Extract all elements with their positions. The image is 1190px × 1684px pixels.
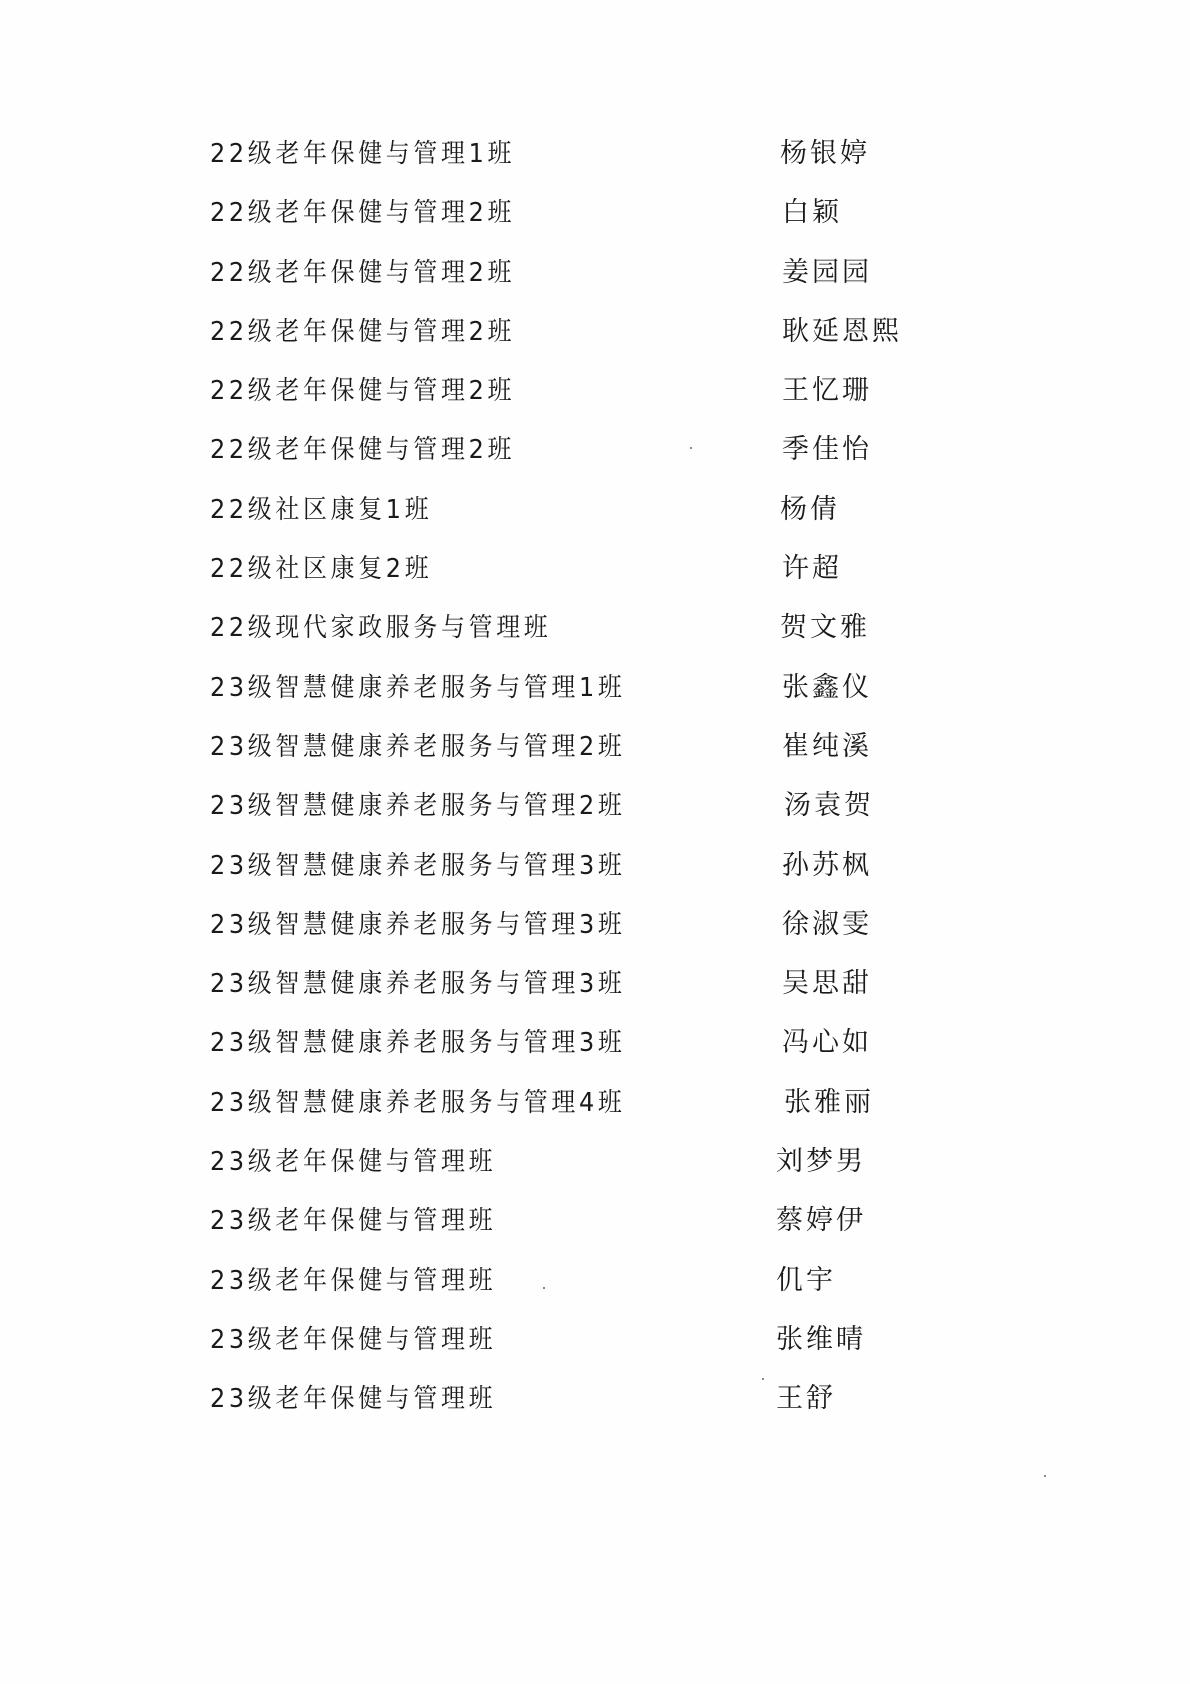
scan-speck	[690, 447, 692, 449]
list-item: 22级老年保健与管理2班姜园园	[0, 246, 1190, 305]
student-name: 杨银婷	[780, 131, 870, 170]
scan-speck	[543, 1287, 545, 1289]
class-name: 22级老年保健与管理2班	[210, 429, 515, 466]
student-name: 徐淑雯	[782, 902, 872, 941]
class-name: 22级社区康复2班	[210, 548, 432, 585]
scan-speck	[1044, 1475, 1046, 1477]
class-name: 23级老年保健与管理班	[210, 1141, 496, 1178]
list-item: 23级智慧健康养老服务与管理1班张鑫仪	[0, 661, 1190, 720]
student-name: 白颖	[782, 190, 842, 229]
student-name: 姜园园	[782, 250, 872, 289]
list-item: 23级老年保健与管理班蔡婷伊	[0, 1194, 1190, 1253]
class-name: 23级智慧健康养老服务与管理2班	[210, 785, 626, 822]
student-name: 王舒	[776, 1376, 836, 1415]
student-name: 王忆珊	[782, 368, 872, 407]
student-name: 季佳怡	[782, 427, 872, 466]
scanned-page: 22级老年保健与管理1班杨银婷 22级老年保健与管理2班白颖 22级老年保健与管…	[0, 0, 1190, 1684]
list-item: 22级老年保健与管理2班白颖	[0, 186, 1190, 245]
list-item: 23级智慧健康养老服务与管理3班孙苏枫	[0, 839, 1190, 898]
list-item: 22级老年保健与管理2班王忆珊	[0, 364, 1190, 423]
class-name: 22级老年保健与管理2班	[210, 252, 515, 289]
student-name: 张雅丽	[784, 1080, 874, 1119]
student-name: 蔡婷伊	[776, 1198, 866, 1237]
student-name: 贺文雅	[780, 605, 870, 644]
class-name: 23级老年保健与管理班	[210, 1260, 496, 1297]
class-name: 22级老年保健与管理2班	[210, 311, 515, 348]
list-item: 22级社区康复2班许超	[0, 542, 1190, 601]
list-item: 23级智慧健康养老服务与管理3班徐淑雯	[0, 898, 1190, 957]
list-item: 23级智慧健康养老服务与管理2班崔纯溪	[0, 720, 1190, 779]
class-name: 22级老年保健与管理2班	[210, 370, 515, 407]
student-list: 22级老年保健与管理1班杨银婷 22级老年保健与管理2班白颖 22级老年保健与管…	[0, 127, 1190, 1432]
student-name: 刘梦男	[776, 1139, 866, 1178]
student-name: 孙苏枫	[782, 843, 872, 882]
student-name: 耿延恩熙	[782, 309, 902, 348]
class-name: 22级老年保健与管理2班	[210, 192, 515, 229]
list-item: 22级现代家政服务与管理班贺文雅	[0, 601, 1190, 660]
list-item: 23级老年保健与管理班王舒	[0, 1372, 1190, 1431]
student-name: 仉宇	[776, 1258, 836, 1297]
student-name: 张鑫仪	[782, 665, 872, 704]
class-name: 23级智慧健康养老服务与管理4班	[210, 1082, 626, 1119]
class-name: 22级现代家政服务与管理班	[210, 607, 551, 644]
student-name: 冯心如	[782, 1020, 872, 1059]
class-name: 23级智慧健康养老服务与管理1班	[210, 667, 626, 704]
student-name: 吴思甜	[782, 961, 872, 1000]
list-item: 22级老年保健与管理2班耿延恩熙	[0, 305, 1190, 364]
class-name: 23级智慧健康养老服务与管理3班	[210, 963, 626, 1000]
class-name: 22级社区康复1班	[210, 489, 432, 526]
class-name: 23级智慧健康养老服务与管理3班	[210, 1022, 626, 1059]
class-name: 23级老年保健与管理班	[210, 1319, 496, 1356]
list-item: 22级社区康复1班杨倩	[0, 483, 1190, 542]
student-name: 杨倩	[780, 487, 840, 526]
scan-speck	[762, 1378, 764, 1380]
list-item: 23级老年保健与管理班张维晴	[0, 1313, 1190, 1372]
class-name: 23级老年保健与管理班	[210, 1378, 496, 1415]
class-name: 23级老年保健与管理班	[210, 1200, 496, 1237]
student-name: 张维晴	[776, 1317, 866, 1356]
list-item: 23级智慧健康养老服务与管理2班汤袁贺	[0, 779, 1190, 838]
class-name: 23级智慧健康养老服务与管理3班	[210, 904, 626, 941]
class-name: 22级老年保健与管理1班	[210, 133, 515, 170]
list-item: 23级老年保健与管理班刘梦男	[0, 1135, 1190, 1194]
student-name: 许超	[782, 546, 842, 585]
list-item: 22级老年保健与管理1班杨银婷	[0, 127, 1190, 186]
class-name: 23级智慧健康养老服务与管理3班	[210, 845, 626, 882]
list-item: 22级老年保健与管理2班季佳怡	[0, 423, 1190, 482]
class-name: 23级智慧健康养老服务与管理2班	[210, 726, 626, 763]
student-name: 汤袁贺	[784, 783, 874, 822]
list-item: 23级智慧健康养老服务与管理3班吴思甜	[0, 957, 1190, 1016]
list-item: 23级智慧健康养老服务与管理3班冯心如	[0, 1016, 1190, 1075]
list-item: 23级智慧健康养老服务与管理4班张雅丽	[0, 1076, 1190, 1135]
student-name: 崔纯溪	[782, 724, 872, 763]
list-item: 23级老年保健与管理班仉宇	[0, 1254, 1190, 1313]
